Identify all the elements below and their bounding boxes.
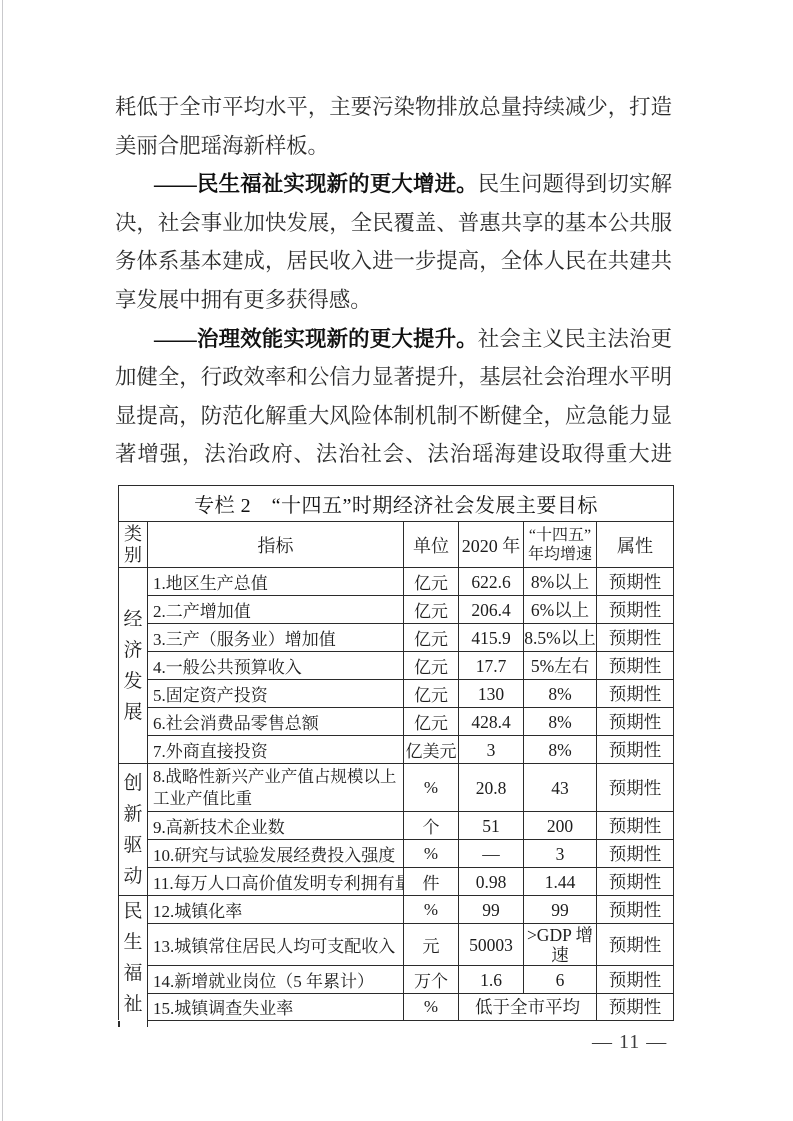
goals-table-body: 经济发展1.地区生产总值亿元622.68%以上预期性2.二产增加值亿元206.4… xyxy=(119,568,674,1021)
table-row: 5.固定资产投资亿元1308%预期性 xyxy=(119,680,674,708)
indicator-cell: 2.二产增加值 xyxy=(148,596,404,624)
table-row: 10.研究与试验发展经费投入强度%—3预期性 xyxy=(119,840,674,868)
paragraph-line: 加健全，行政效率和公信力显著提升，基层社会治理水平明 xyxy=(115,358,672,397)
header-speed-line1: “十四五” xyxy=(524,526,596,545)
table-title: 专栏 2 “十四五”时期经济社会发展主要目标 xyxy=(119,486,674,522)
value-2020-cell: 3 xyxy=(459,736,524,764)
unit-cell: 亿元 xyxy=(404,652,459,680)
unit-cell: 亿元 xyxy=(404,624,459,652)
table-row: 11.每万人口高价值发明专利拥有量件0.981.44预期性 xyxy=(119,868,674,896)
unit-cell: % xyxy=(404,764,459,812)
header-2020: 2020 年 xyxy=(459,522,524,568)
table-row: 9.高新技术企业数个51200预期性 xyxy=(119,812,674,840)
table-header-row: 类别 指标 单位 2020 年 “十四五” 年均增速 属性 xyxy=(119,522,674,568)
indicator-cell: 13.城镇常住居民人均可支配收入 xyxy=(148,924,404,966)
indicator-cell: 14.新增就业岗位（5 年累计） xyxy=(148,966,404,994)
indicator-cell: 9.高新技术企业数 xyxy=(148,812,404,840)
header-indicator: 指标 xyxy=(148,522,404,568)
paragraph-text: 社会主义民主法治更 xyxy=(478,327,672,351)
header-unit: 单位 xyxy=(404,522,459,568)
category-cell: 创新驱动 xyxy=(119,764,148,896)
paragraph-line: 显提高，防范化解重大风险体制机制不断健全，应急能力显 xyxy=(115,397,672,436)
value-2020-cell: 99 xyxy=(459,896,524,924)
table-title-row: 专栏 2 “十四五”时期经济社会发展主要目标 xyxy=(119,486,674,522)
table-row: 4.一般公共预算收入亿元17.75%左右预期性 xyxy=(119,652,674,680)
speed-cell: 43 xyxy=(524,764,597,812)
paragraph-line: 著增强，法治政府、法治社会、法治瑶海建设取得重大进展。 xyxy=(115,435,672,474)
paragraph-text: 民生问题得到切实解 xyxy=(478,172,672,196)
table-row: 2.二产增加值亿元206.46%以上预期性 xyxy=(119,596,674,624)
table-row: 创新驱动8.战略性新兴产业产值占规模以上 工业产值比重%20.843预期性 xyxy=(119,764,674,812)
value-2020-cell: 130 xyxy=(459,680,524,708)
table-row: 13.城镇常住居民人均可支配收入元50003>GDP 增速预期性 xyxy=(119,924,674,966)
value-2020-cell: 51 xyxy=(459,812,524,840)
header-attribute: 属性 xyxy=(597,522,674,568)
unit-cell: 亿美元 xyxy=(404,736,459,764)
page-edge-line xyxy=(2,0,3,1121)
attribute-cell: 预期性 xyxy=(597,994,674,1020)
value-2020-cell: 0.98 xyxy=(459,868,524,896)
speed-cell: 5%左右 xyxy=(524,652,597,680)
value-2020-cell: 622.6 xyxy=(459,568,524,596)
attribute-cell: 预期性 xyxy=(597,736,674,764)
table-row: 民生福祉12.城镇化率%9999预期性 xyxy=(119,896,674,924)
value-2020-cell: — xyxy=(459,840,524,868)
unit-cell: % xyxy=(404,994,459,1020)
table-row: 经济发展1.地区生产总值亿元622.68%以上预期性 xyxy=(119,568,674,596)
value-2020-cell: 206.4 xyxy=(459,596,524,624)
unit-cell: 万个 xyxy=(404,966,459,994)
unit-cell: 个 xyxy=(404,812,459,840)
attribute-cell: 预期性 xyxy=(597,840,674,868)
category-cell: 民生福祉 xyxy=(119,896,148,1021)
speed-cell: 1.44 xyxy=(524,868,597,896)
attribute-cell: 预期性 xyxy=(597,966,674,994)
speed-cell: 8% xyxy=(524,708,597,736)
paragraph-line: 美丽合肥瑶海新样板。 xyxy=(115,127,672,166)
paragraph-line: 享发展中拥有更多获得感。 xyxy=(115,281,672,320)
attribute-cell: 预期性 xyxy=(597,652,674,680)
value-2020-cell: 415.9 xyxy=(459,624,524,652)
speed-cell: 200 xyxy=(524,812,597,840)
value-2020-cell: 17.7 xyxy=(459,652,524,680)
header-speed-line2: 年均增速 xyxy=(524,545,596,564)
attribute-cell: 预期性 xyxy=(597,896,674,924)
indicator-cell: 12.城镇化率 xyxy=(148,896,404,924)
header-speed: “十四五” 年均增速 xyxy=(524,522,597,568)
attribute-cell: 预期性 xyxy=(597,764,674,812)
paragraph-line: 决，社会事业加快发展，全民覆盖、普惠共享的基本公共服 xyxy=(115,204,672,243)
paragraph-lead: ——治理效能实现新的更大提升。 xyxy=(154,327,478,351)
unit-cell: % xyxy=(404,840,459,868)
paragraph-text: 耗低于全市平均水平，主要污染物排放总量持续减少，打造 xyxy=(115,95,672,119)
attribute-cell: 预期性 xyxy=(597,596,674,624)
table-row: 6.社会消费品零售总额亿元428.48%预期性 xyxy=(119,708,674,736)
table-border-stub xyxy=(147,1021,149,1027)
paragraph: ——民生福祉实现新的更大增进。民生问题得到切实解决，社会事业加快发展，全民覆盖、… xyxy=(115,165,672,319)
merged-value-cell: 低于全市平均 xyxy=(459,994,597,1020)
body-text: 耗低于全市平均水平，主要污染物排放总量持续减少，打造美丽合肥瑶海新样板。——民生… xyxy=(115,88,672,474)
speed-cell: 8% xyxy=(524,736,597,764)
table-border-stub xyxy=(118,1021,120,1027)
indicator-cell: 1.地区生产总值 xyxy=(148,568,404,596)
speed-cell: 3 xyxy=(524,840,597,868)
attribute-cell: 预期性 xyxy=(597,624,674,652)
attribute-cell: 预期性 xyxy=(597,708,674,736)
table-row: 14.新增就业岗位（5 年累计）万个1.66预期性 xyxy=(119,966,674,994)
unit-cell: 亿元 xyxy=(404,680,459,708)
indicator-cell: 7.外商直接投资 xyxy=(148,736,404,764)
indicator-cell: 11.每万人口高价值发明专利拥有量 xyxy=(148,868,404,896)
indicator-cell: 8.战略性新兴产业产值占规模以上 工业产值比重 xyxy=(148,764,404,812)
header-category: 类别 xyxy=(119,522,148,568)
table-row: 3.三产（服务业）增加值亿元415.98.5%以上预期性 xyxy=(119,624,674,652)
attribute-cell: 预期性 xyxy=(597,568,674,596)
indicator-cell: 3.三产（服务业）增加值 xyxy=(148,624,404,652)
unit-cell: 件 xyxy=(404,868,459,896)
category-cell: 经济发展 xyxy=(119,568,148,764)
indicator-cell: 10.研究与试验发展经费投入强度 xyxy=(148,840,404,868)
speed-cell: 6%以上 xyxy=(524,596,597,624)
unit-cell: 亿元 xyxy=(404,596,459,624)
indicator-cell: 5.固定资产投资 xyxy=(148,680,404,708)
value-2020-cell: 20.8 xyxy=(459,764,524,812)
attribute-cell: 预期性 xyxy=(597,868,674,896)
paragraph-line: ——民生福祉实现新的更大增进。民生问题得到切实解 xyxy=(115,165,672,204)
table-row: 7.外商直接投资亿美元38%预期性 xyxy=(119,736,674,764)
unit-cell: % xyxy=(404,896,459,924)
value-2020-cell: 428.4 xyxy=(459,708,524,736)
unit-cell: 亿元 xyxy=(404,708,459,736)
unit-cell: 元 xyxy=(404,924,459,966)
paragraph: ——治理效能实现新的更大提升。社会主义民主法治更加健全，行政效率和公信力显著提升… xyxy=(115,320,672,474)
indicator-cell: 15.城镇调查失业率 xyxy=(148,994,404,1020)
unit-cell: 亿元 xyxy=(404,568,459,596)
attribute-cell: 预期性 xyxy=(597,924,674,966)
speed-cell: 6 xyxy=(524,966,597,994)
speed-cell: >GDP 增速 xyxy=(524,924,597,966)
value-2020-cell: 50003 xyxy=(459,924,524,966)
attribute-cell: 预期性 xyxy=(597,680,674,708)
goals-table: 专栏 2 “十四五”时期经济社会发展主要目标 类别 指标 单位 2020 年 “… xyxy=(118,485,674,1021)
indicator-cell: 6.社会消费品零售总额 xyxy=(148,708,404,736)
value-2020-cell: 1.6 xyxy=(459,966,524,994)
speed-cell: 8% xyxy=(524,680,597,708)
attribute-cell: 预期性 xyxy=(597,812,674,840)
speed-cell: 8%以上 xyxy=(524,568,597,596)
indicator-cell: 4.一般公共预算收入 xyxy=(148,652,404,680)
speed-cell: 99 xyxy=(524,896,597,924)
paragraph-line: 务体系基本建成，居民收入进一步提高，全体人民在共建共 xyxy=(115,242,672,281)
paragraph: 耗低于全市平均水平，主要污染物排放总量持续减少，打造美丽合肥瑶海新样板。 xyxy=(115,88,672,165)
speed-cell: 8.5%以上 xyxy=(524,624,597,652)
page-number: — 11 — xyxy=(592,1031,667,1054)
paragraph-line: 耗低于全市平均水平，主要污染物排放总量持续减少，打造 xyxy=(115,88,672,127)
paragraph-line: ——治理效能实现新的更大提升。社会主义民主法治更 xyxy=(115,320,672,359)
table-row: 15.城镇调查失业率%低于全市平均预期性 xyxy=(119,994,674,1020)
paragraph-lead: ——民生福祉实现新的更大增进。 xyxy=(154,172,478,196)
